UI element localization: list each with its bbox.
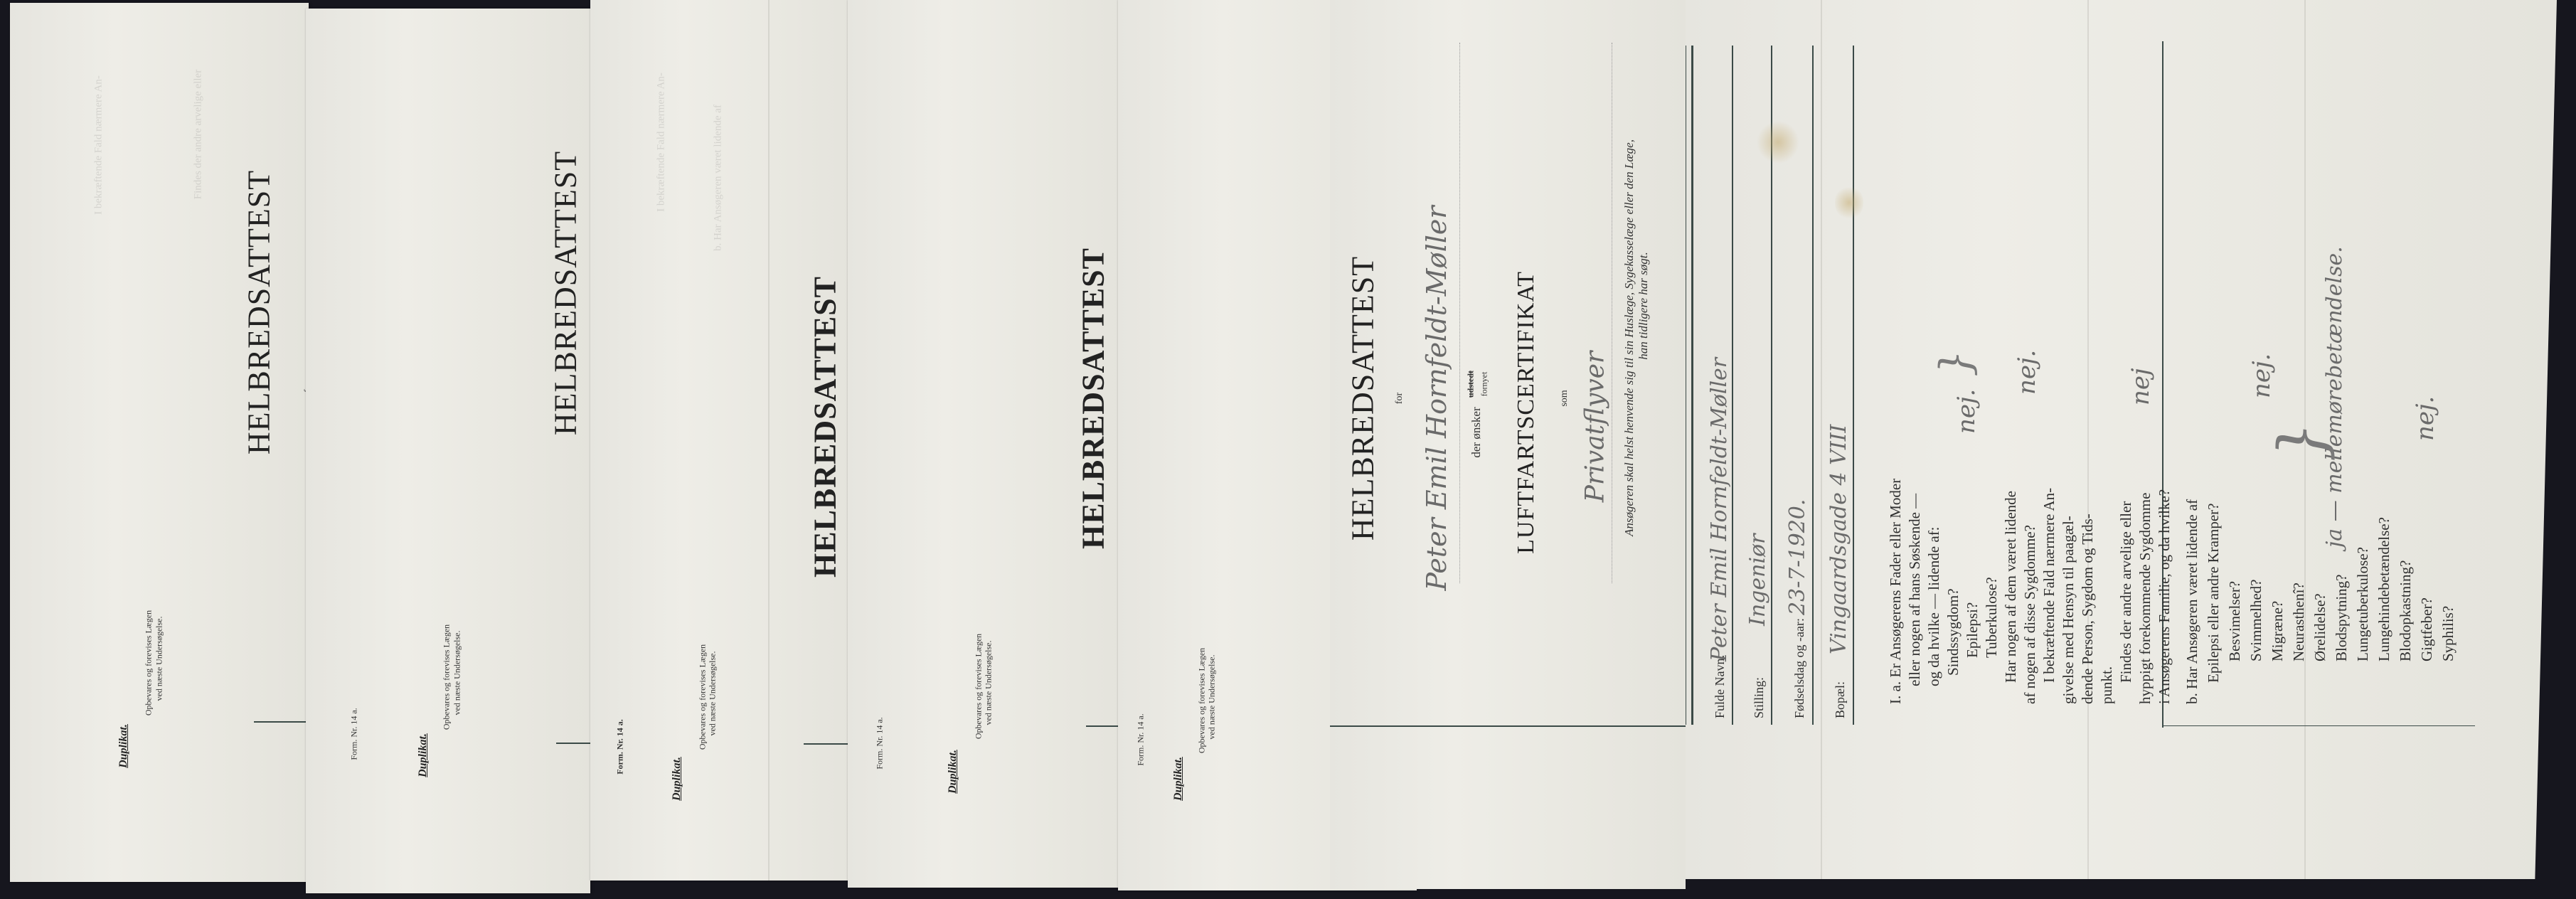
section-a-line: Sindssygdom? <box>1944 588 1962 676</box>
form-sheet-4: HELBREDSATTEST Form. Nr. 14 a. Duplikat.… <box>848 0 1125 888</box>
brace-b: } <box>2265 422 2340 462</box>
section-b-line: Blodspytning? <box>2333 574 2351 661</box>
section-a-line: og da hvilke — lidende af: <box>1925 526 1943 686</box>
fold-line <box>768 0 770 881</box>
section-a-line: dende Person, Sygdom og Tids- <box>2079 514 2097 704</box>
section-a-line: Har nogen af dem været lidende <box>2002 491 2020 683</box>
sheet-title: HELBREDSATTEST <box>548 151 584 435</box>
wishes-label: der ønsker <box>1469 407 1484 457</box>
duplicate-label: Duplikat. <box>1172 757 1185 801</box>
section-b-line: Migræne? <box>2269 601 2287 661</box>
duplicate-note-line-1: Opbevares og forevises Lægen <box>698 644 708 750</box>
duplicate-note-line-2: ved næste Undersøgelse. <box>1207 655 1218 740</box>
section-a-line: eller nogen af hans Søskende — <box>1906 494 1924 686</box>
field-value-residence[interactable]: Vingaardsgade 4 VIII <box>1826 425 1851 654</box>
section-b-line: Lungetuberkulose? <box>2354 547 2372 661</box>
field-label-position: Stilling: <box>1752 677 1767 718</box>
fold-line <box>2087 0 2089 879</box>
answer-b-3[interactable]: nej. <box>2411 396 2439 441</box>
section-a-line: I bekræftende Fald nærmere An- <box>2040 488 2058 683</box>
section-a-line: i Ansøgerens Familie, og da hvilke? <box>2156 489 2173 704</box>
field-label-birth-date: Fødselsdag og -aar: <box>1792 618 1807 718</box>
section-b-line: b. Har Ansøgeren været lidende af <box>2183 499 2201 704</box>
bleed-through-text: Findes der andre arvelige eller <box>193 70 205 199</box>
section-a-line: Findes der andre arvelige eller <box>2117 501 2135 683</box>
form-number: Form. Nr. 14 a. <box>615 719 626 775</box>
rule-line <box>254 721 309 723</box>
field-label-full-name: Fulde Navn: <box>1713 655 1728 719</box>
dotted-line <box>1612 43 1612 583</box>
sheet-title: HELBREDSATTEST <box>241 170 277 454</box>
answer-a-3[interactable]: nej <box>2127 368 2155 405</box>
section-b-line: Epilepsi eller andre Kramper? <box>2205 504 2223 683</box>
applicant-name-handwritten: Peter Emil Hornfeldt-Møller <box>1421 206 1452 590</box>
answer-a-1[interactable]: nej. <box>1952 389 1981 434</box>
section-b-line: Syphilis? <box>2439 606 2457 661</box>
field-value-position[interactable]: Ingeniør <box>1745 534 1770 626</box>
section-b-line: Ørelidelse? <box>2311 593 2329 661</box>
answer-b-1[interactable]: nej. <box>2247 353 2276 398</box>
section-b-line: Neurasthenî? <box>2290 583 2308 661</box>
fold-line <box>1821 0 1822 879</box>
duplicate-note-line-1: Opbevares og forevises Lægen <box>144 610 154 716</box>
form-number: Form. Nr. 14 a. <box>875 717 885 769</box>
section-a-line: Epilepsi? <box>1964 602 1981 658</box>
sheet-title: HELBREDSATTEST <box>1075 248 1112 549</box>
sheet-title: HELBREDSATTEST <box>807 276 843 578</box>
section-a-line: I. a. Er Ansøgerens Fader eller Moder <box>1887 479 1905 704</box>
bleed-through-text: b. Har Ansøgeren været lidende af <box>713 105 725 251</box>
answer-b-2[interactable]: ja — mellemørebetændelse. <box>2322 246 2347 548</box>
certificate-title: HELBREDSATTEST <box>1345 256 1381 541</box>
field-value-birth-date[interactable]: 23-7-1920. <box>1785 499 1810 615</box>
instruction-line-1: Ansøgeren skal helst henvende sig til si… <box>1622 139 1636 536</box>
stain <box>1757 121 1799 164</box>
section-b-line: Lungehindebetændelse? <box>2375 517 2393 661</box>
section-a-line: af nogen af disse Sygdomme? <box>2021 525 2039 704</box>
section-b-line: Svimmelhed? <box>2247 580 2265 661</box>
role-handwritten: Privatflyver <box>1581 351 1610 502</box>
duplicate-label: Duplikat. <box>671 757 683 801</box>
duplicate-label: Duplikat. <box>417 733 430 777</box>
form-number: Form. Nr. 14 a. <box>1136 713 1146 765</box>
answer-a-2[interactable]: nej. <box>2013 350 2041 395</box>
duplicate-label: Duplikat. <box>117 724 130 768</box>
rule-line <box>1330 725 1686 727</box>
duplicate-note-line-2: ved næste Undersøgelse. <box>984 641 994 725</box>
field-rule <box>1812 46 1814 725</box>
section-b-line: Blodopkastning? <box>2397 560 2415 661</box>
form-sheet-1: HELBREDSATTEST for Duplikat. Opbevares o… <box>10 3 309 882</box>
certificate-type: LUFTFARTSCERTIFIKAT <box>1513 271 1540 554</box>
form-sheet-3: HELBREDSATTEST Form. Nr. 14 a. Duplikat.… <box>590 0 855 881</box>
certificate-main-sheet: Fulde Navn: Peter Emil Hornfeldt-Møller … <box>1686 0 2557 879</box>
duplicate-note-line-1: Opbevares og forevises Lægen <box>442 624 452 730</box>
section-a-line: givelse med Hensyn til paagæl- <box>2060 516 2077 704</box>
section-b-line: Gigtfeber? <box>2418 597 2436 661</box>
duplicate-note-line-2: ved næste Undersøgelse. <box>452 631 463 716</box>
field-value-full-name[interactable]: Peter Emil Hornfeldt-Møller <box>1707 358 1732 661</box>
instruction-line-2: han tidligere har søgt. <box>1636 252 1651 359</box>
section-a-line: hyppigt forekommende Sygdomme <box>2136 493 2154 704</box>
section-b-line: Besvimelser? <box>2226 581 2244 661</box>
duplicate-note-line-1: Opbevares og forevises Lægen <box>974 634 984 739</box>
duplicate-note-line-2: ved næste Undersøgelse. <box>154 617 165 701</box>
for-label: for <box>1394 393 1405 404</box>
form-sheet-2: HELBREDSATTEST Form. Nr. 14 a. Duplikat.… <box>306 9 590 893</box>
bleed-through-text: I bekræftende Fald nærmere An- <box>656 73 668 212</box>
field-label-residence: Bopæl: <box>1833 681 1848 718</box>
form-number: Form. Nr. 14 a. <box>349 708 360 760</box>
wishes-option-struck: udstedt <box>1466 371 1476 398</box>
dotted-line <box>1459 43 1460 583</box>
field-rule <box>1686 46 1686 725</box>
field-rule-outer <box>1691 46 1693 725</box>
stain <box>1835 185 1863 220</box>
brace-a: } <box>1931 350 1981 377</box>
duplicate-label: Duplikat. <box>947 750 959 794</box>
wishes-option: fornyet <box>1479 372 1490 397</box>
certificate-front-panel: HELBREDSATTEST for Peter Emil Hornfeldt-… <box>1330 0 1686 889</box>
section-a-line: punkt. <box>2098 666 2116 704</box>
field-rule <box>1853 46 1854 725</box>
field-rule <box>1732 46 1733 725</box>
bottom-rule <box>2162 725 2475 726</box>
rule-line <box>556 743 590 744</box>
bleed-through-text: I bekræftende Fald nærmere An- <box>93 75 105 215</box>
as-label: som <box>1559 390 1570 406</box>
section-a-line: Tuberkulose? <box>1983 577 2001 658</box>
duplicate-note-line-2: ved næste Undersøgelse. <box>708 651 718 736</box>
duplicate-note-line-1: Opbevares og forevises Lægen <box>1197 648 1208 753</box>
